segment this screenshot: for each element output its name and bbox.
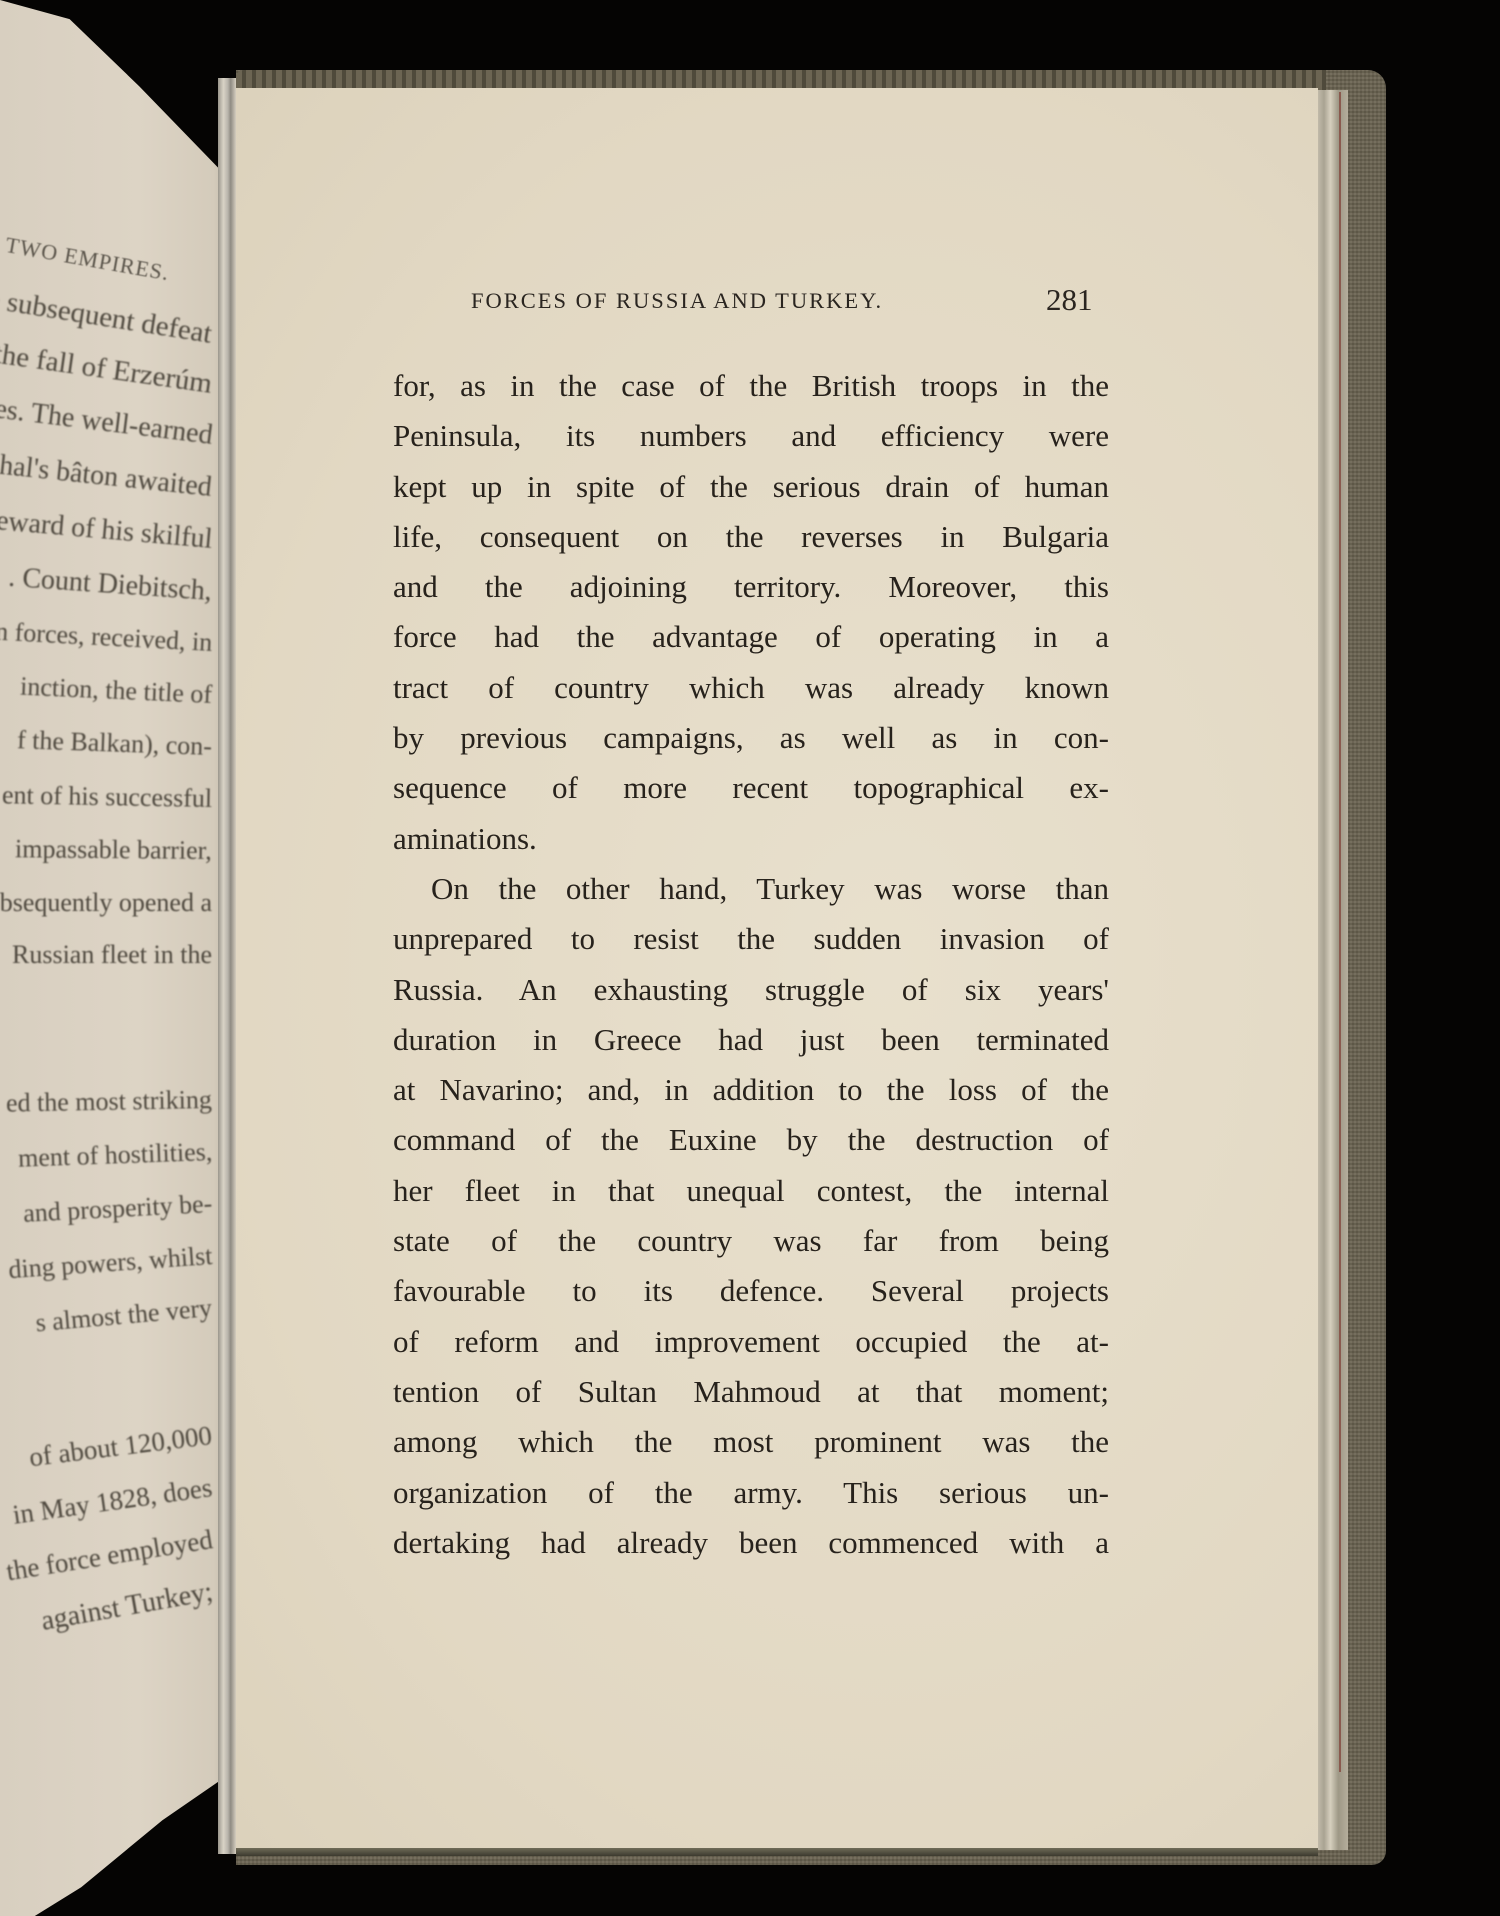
text-line: life, consequent on the reverses in Bulg… xyxy=(393,512,1109,562)
text-line: among which the most prominent was the xyxy=(393,1417,1109,1467)
left-line: Russian fleet in the xyxy=(12,940,212,970)
left-line: ding powers, whilst xyxy=(7,1241,213,1285)
paragraph-1: for, as in the case of the British troop… xyxy=(393,361,1109,864)
running-head: FORCES OF RUSSIA AND TURKEY. xyxy=(471,288,883,314)
text-line: and the adjoining territory. Moreover, t… xyxy=(393,562,1109,612)
text-line: favourable to its defence. Several proje… xyxy=(393,1266,1109,1316)
text-line: aminations. xyxy=(393,814,1109,864)
text-line: dertaking had already been commenced wit… xyxy=(393,1518,1109,1568)
text-line: organization of the army. This serious u… xyxy=(393,1468,1109,1518)
left-line: rshal's bâton awaited xyxy=(0,448,214,504)
left-running-head: TWO EMPIRES. xyxy=(3,232,171,286)
left-page: TWO EMPIRES. he subsequent defeat the fa… xyxy=(0,0,232,1916)
text-line: sequence of more recent topographical ex… xyxy=(393,763,1109,813)
left-line: s almost the very xyxy=(34,1293,213,1338)
text-line: at Navarino; and, in addition to the los… xyxy=(393,1065,1109,1115)
left-line: in May 1828, does xyxy=(11,1472,214,1531)
text-line: state of the country was far from being xyxy=(393,1216,1109,1266)
text-line: force had the advantage of operating in … xyxy=(393,612,1109,662)
red-page-edge xyxy=(1339,92,1341,1772)
left-line: ent of his successful xyxy=(2,780,213,814)
left-line: . Count Diebitsch, xyxy=(8,562,214,608)
left-line: of about 120,000 xyxy=(28,1420,214,1473)
left-line: against Turkey; xyxy=(38,1576,214,1638)
text-line: tention of Sultan Mahmoud at that moment… xyxy=(393,1367,1109,1417)
left-line: es. The well-earned xyxy=(0,393,214,452)
left-line: ment of hostilities, xyxy=(17,1137,212,1174)
page-block-edges xyxy=(1316,90,1348,1850)
left-line: inction, the title of xyxy=(19,672,212,710)
text-line: tract of country which was already known xyxy=(393,663,1109,713)
paragraph-2: On the other hand, Turkey was worse than… xyxy=(393,864,1109,1568)
text-line: of reform and improvement occupied the a… xyxy=(393,1317,1109,1367)
left-line: f the Balkan), con- xyxy=(17,725,213,762)
body-text: for, as in the case of the British troop… xyxy=(393,361,1109,1568)
left-line: he subsequent defeat xyxy=(0,280,215,350)
spine-gutter xyxy=(218,78,236,1854)
left-line: bsequently opened a xyxy=(0,888,212,918)
left-line: impassable barrier, xyxy=(15,834,212,866)
text-line: unprepared to resist the sudden invasion… xyxy=(393,914,1109,964)
text-line: command of the Euxine by the destruction… xyxy=(393,1115,1109,1165)
page-number: 281 xyxy=(1046,282,1093,318)
left-line: ed the most striking xyxy=(6,1085,212,1119)
text-line: duration in Greece had just been termina… xyxy=(393,1015,1109,1065)
text-line: Peninsula, its numbers and efficiency we… xyxy=(393,411,1109,461)
book-cover-top-edge xyxy=(236,70,1326,90)
text-line: by previous campaigns, as well as in con… xyxy=(393,713,1109,763)
text-line: her fleet in that unequal contest, the i… xyxy=(393,1166,1109,1216)
left-line: the fall of Erzerúm xyxy=(0,338,214,401)
left-line: the force employed xyxy=(4,1524,215,1587)
left-line: and prosperity be- xyxy=(22,1189,212,1229)
text-line: Russia. An exhausting struggle of six ye… xyxy=(393,965,1109,1015)
text-line: for, as in the case of the British troop… xyxy=(393,361,1109,411)
left-line: reward of his skilful xyxy=(0,504,213,556)
text-line: On the other hand, Turkey was worse than xyxy=(393,864,1109,914)
page-bottom-edge xyxy=(236,1848,1318,1856)
left-line: n forces, received, in xyxy=(0,617,213,658)
text-line: kept up in spite of the serious drain of… xyxy=(393,462,1109,512)
